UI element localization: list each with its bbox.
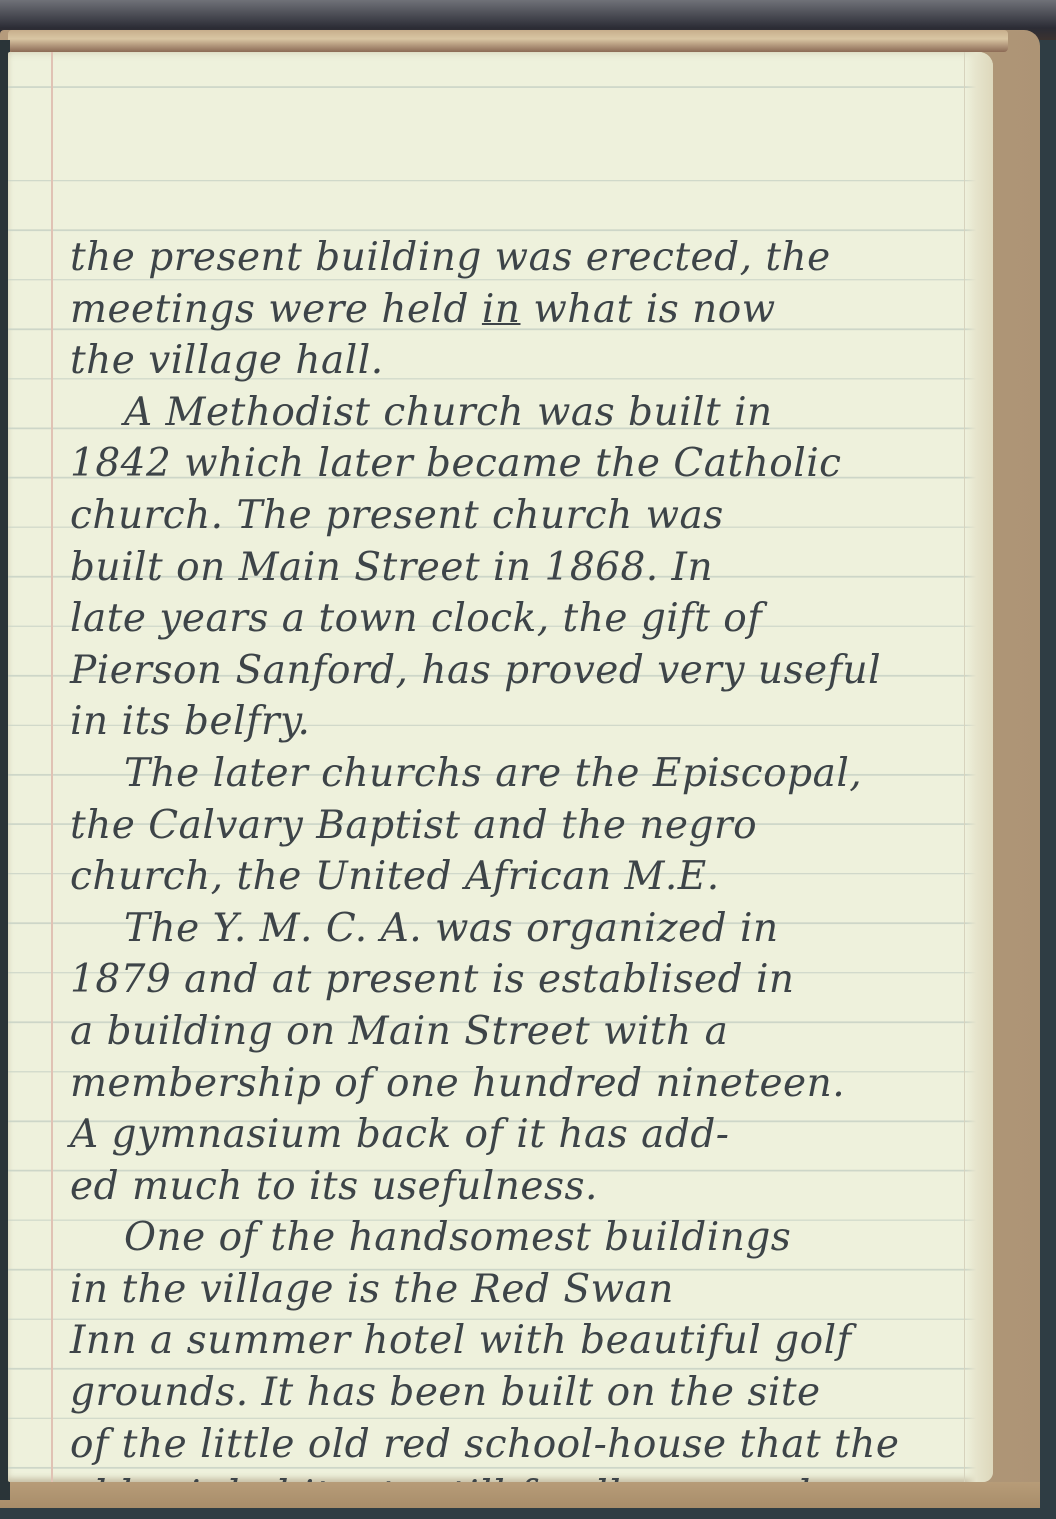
underlined-word: in (482, 287, 521, 332)
text-line: of the little old red school-house that … (70, 1419, 970, 1471)
text-line: meetings were held in what is now (70, 284, 970, 336)
text-line: ed much to its usefulness. (70, 1161, 970, 1213)
text-line: a building on Main Street with a (70, 1006, 970, 1058)
handwritten-text: the present building was erected, the me… (70, 232, 970, 1482)
text-line: 1842 which later became the Catholic (70, 438, 970, 490)
paragraph-start-line: One of the handsomest buildings (70, 1212, 970, 1264)
text-line: the village hall. (70, 335, 970, 387)
text-fragment: what is now (521, 287, 776, 332)
text-line: church. The present church was (70, 490, 970, 542)
text-line: membership of one hundred nineteen. (70, 1058, 970, 1110)
text-line: older inhabitants still fondly remember. (70, 1470, 970, 1482)
text-line: 1879 and at present is establised in (70, 954, 970, 1006)
text-line: the Calvary Baptist and the negro (70, 800, 970, 852)
text-line: in the village is the Red Swan (70, 1264, 970, 1316)
paragraph-start-line: A Methodist church was built in (70, 387, 970, 439)
text-line: A gymnasium back of it has add- (70, 1109, 970, 1161)
text-line: in its belfry. (70, 696, 970, 748)
cover-bottom-edge (0, 1482, 1040, 1508)
paragraph-start-line: The Y. M. C. A. was organized in (70, 903, 970, 955)
cover-top-edge (8, 30, 1008, 52)
text-line: built on Main Street in 1868. In (70, 542, 970, 594)
text-line: Pierson Sanford, has proved very useful (70, 645, 970, 697)
paragraph-start-line: The later churchs are the Episcopal, (70, 748, 970, 800)
text-line: the present building was erected, the (70, 232, 970, 284)
text-line: church, the United African M.E. (70, 851, 970, 903)
text-line: grounds. It has been built on the site (70, 1367, 970, 1419)
margin-line (51, 52, 53, 1482)
text-line: late years a town clock, the gift of (70, 593, 970, 645)
notebook-page: the present building was erected, the me… (8, 52, 993, 1482)
text-line: Inn a summer hotel with beautiful golf (70, 1315, 970, 1367)
text-fragment: meetings were held (70, 287, 482, 332)
